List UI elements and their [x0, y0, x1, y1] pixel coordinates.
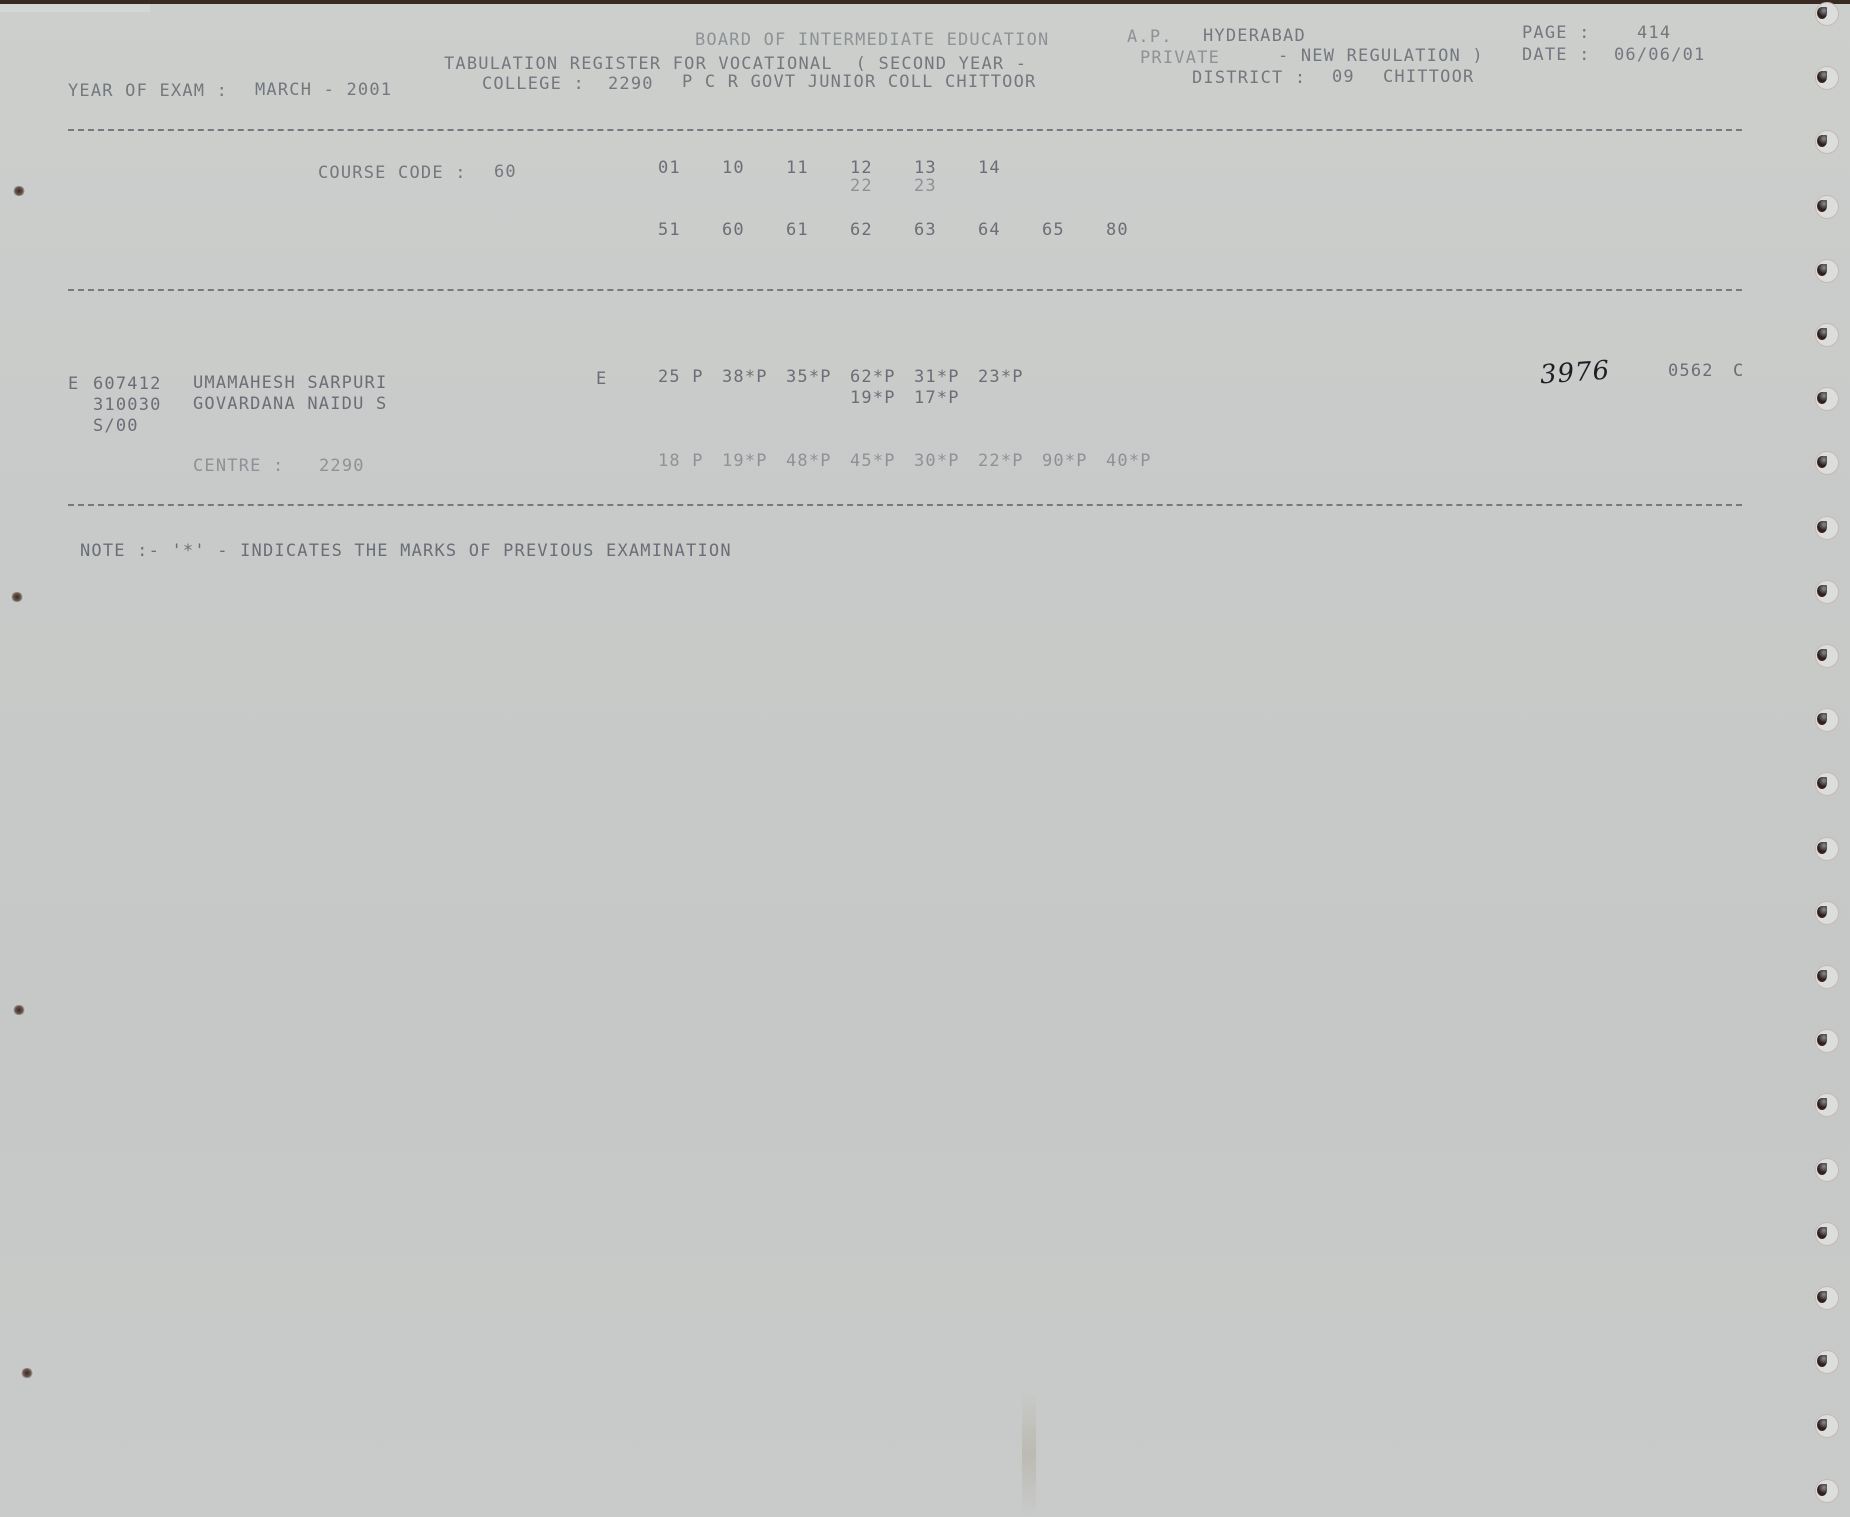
subject-code: 64 — [978, 220, 1001, 240]
punch-hole — [1815, 130, 1839, 154]
subject-code: 63 — [914, 220, 937, 240]
result-class: C — [1733, 361, 1744, 381]
punch-hole — [1815, 1093, 1839, 1117]
page-number: 414 — [1637, 23, 1671, 43]
left-margin-mark — [20, 1368, 34, 1378]
subject-mark: 30*P — [914, 451, 960, 471]
left-margin-mark — [10, 592, 24, 602]
subject-code: 51 — [658, 220, 681, 240]
left-margin-mark — [12, 1005, 26, 1015]
subject-mark: 19*P — [850, 388, 896, 408]
board-city: HYDERABAD — [1203, 26, 1306, 46]
subject-code: 62 — [850, 220, 873, 240]
subject-code: 22 — [850, 176, 873, 196]
subject-code: 13 — [914, 158, 937, 178]
subject-code: 60 — [722, 220, 745, 240]
subject-code: 12 — [850, 158, 873, 178]
college-code: 2290 — [608, 74, 654, 94]
punch-hole — [1815, 772, 1839, 796]
category: PRIVATE — [1140, 48, 1220, 68]
left-margin-mark — [12, 186, 26, 196]
father-name: GOVARDANA NAIDU S — [193, 394, 387, 414]
paper-fold — [0, 4, 150, 12]
subject-code: 23 — [914, 176, 937, 196]
subject-mark: 19*P — [722, 451, 768, 471]
handwritten-number: 3976 — [1539, 356, 1611, 391]
punch-hole — [1815, 708, 1839, 732]
regulation: - NEW REGULATION ) — [1278, 46, 1484, 66]
punch-hole — [1815, 195, 1839, 219]
subject-mark: 40*P — [1106, 451, 1152, 471]
paper-stain — [1022, 1390, 1036, 1517]
punch-hole — [1815, 2, 1839, 26]
second-language: E — [596, 369, 607, 389]
district-label: DISTRICT : — [1192, 68, 1306, 88]
punch-hole — [1815, 644, 1839, 668]
subject-code: 80 — [1106, 220, 1129, 240]
footnote: NOTE :- '*' - INDICATES THE MARKS OF PRE… — [80, 541, 732, 561]
punch-hole — [1815, 1286, 1839, 1310]
centre-label: CENTRE : — [193, 456, 284, 476]
college-name: P C R GOVT JUNIOR COLL CHITTOOR — [682, 72, 1036, 92]
punch-hole — [1815, 516, 1839, 540]
subject-mark: 35*P — [786, 367, 832, 387]
course-code-label: COURSE CODE : — [318, 163, 467, 183]
subject-code: 10 — [722, 158, 745, 178]
board-title: BOARD OF INTERMEDIATE EDUCATION — [695, 30, 1049, 50]
subject-mark: 38*P — [722, 367, 768, 387]
register-title: TABULATION REGISTER FOR VOCATIONAL ( SEC… — [444, 54, 1027, 74]
punch-hole — [1815, 965, 1839, 989]
subject-code: 11 — [786, 158, 809, 178]
year-of-exam: MARCH - 2001 — [255, 80, 392, 100]
date-label: DATE : — [1522, 45, 1591, 65]
punch-hole — [1815, 837, 1839, 861]
district-name: CHITTOOR — [1383, 67, 1474, 87]
punch-hole — [1815, 323, 1839, 347]
centre-code: 2290 — [319, 456, 365, 476]
year-of-exam-label: YEAR OF EXAM : — [68, 81, 228, 101]
course-code: 60 — [494, 162, 517, 182]
punch-hole — [1815, 1222, 1839, 1246]
punch-hole — [1815, 1414, 1839, 1438]
paper-top-edge — [0, 0, 1850, 4]
separator-line — [68, 504, 1742, 506]
punch-hole — [1815, 1029, 1839, 1053]
total-marks: 0562 — [1668, 361, 1714, 381]
subject-mark: 48*P — [786, 451, 832, 471]
punch-hole — [1815, 1350, 1839, 1374]
college-label: COLLEGE : — [482, 74, 585, 94]
subject-code: 61 — [786, 220, 809, 240]
punch-hole — [1815, 451, 1839, 475]
separator-line — [68, 289, 1742, 291]
subject-mark: 90*P — [1042, 451, 1088, 471]
subject-mark: 25 P — [658, 367, 704, 387]
board-state: A.P. — [1127, 27, 1173, 47]
punch-hole — [1815, 387, 1839, 411]
subject-code: 14 — [978, 158, 1001, 178]
student-status: S/00 — [93, 416, 139, 436]
punch-hole — [1815, 1479, 1839, 1503]
punch-hole — [1815, 580, 1839, 604]
subject-mark: 23*P — [978, 367, 1024, 387]
separator-line — [68, 129, 1742, 131]
district-code: 09 — [1332, 67, 1355, 87]
punch-hole — [1815, 259, 1839, 283]
subject-code: 65 — [1042, 220, 1065, 240]
punch-hole — [1815, 66, 1839, 90]
subject-mark: 31*P — [914, 367, 960, 387]
punch-hole — [1815, 1158, 1839, 1182]
hall-ticket-number: 607412 — [93, 374, 162, 394]
student-name: UMAMAHESH SARPURI — [193, 373, 387, 393]
subject-mark: 17*P — [914, 388, 960, 408]
registration-number: 310030 — [93, 395, 162, 415]
page-label: PAGE : — [1522, 23, 1591, 43]
subject-mark: 45*P — [850, 451, 896, 471]
medium: E — [68, 374, 79, 394]
subject-mark: 22*P — [978, 451, 1024, 471]
subject-mark: 18 P — [658, 451, 704, 471]
date-value: 06/06/01 — [1614, 45, 1705, 65]
subject-mark: 62*P — [850, 367, 896, 387]
subject-code: 01 — [658, 158, 681, 178]
punch-hole — [1815, 901, 1839, 925]
